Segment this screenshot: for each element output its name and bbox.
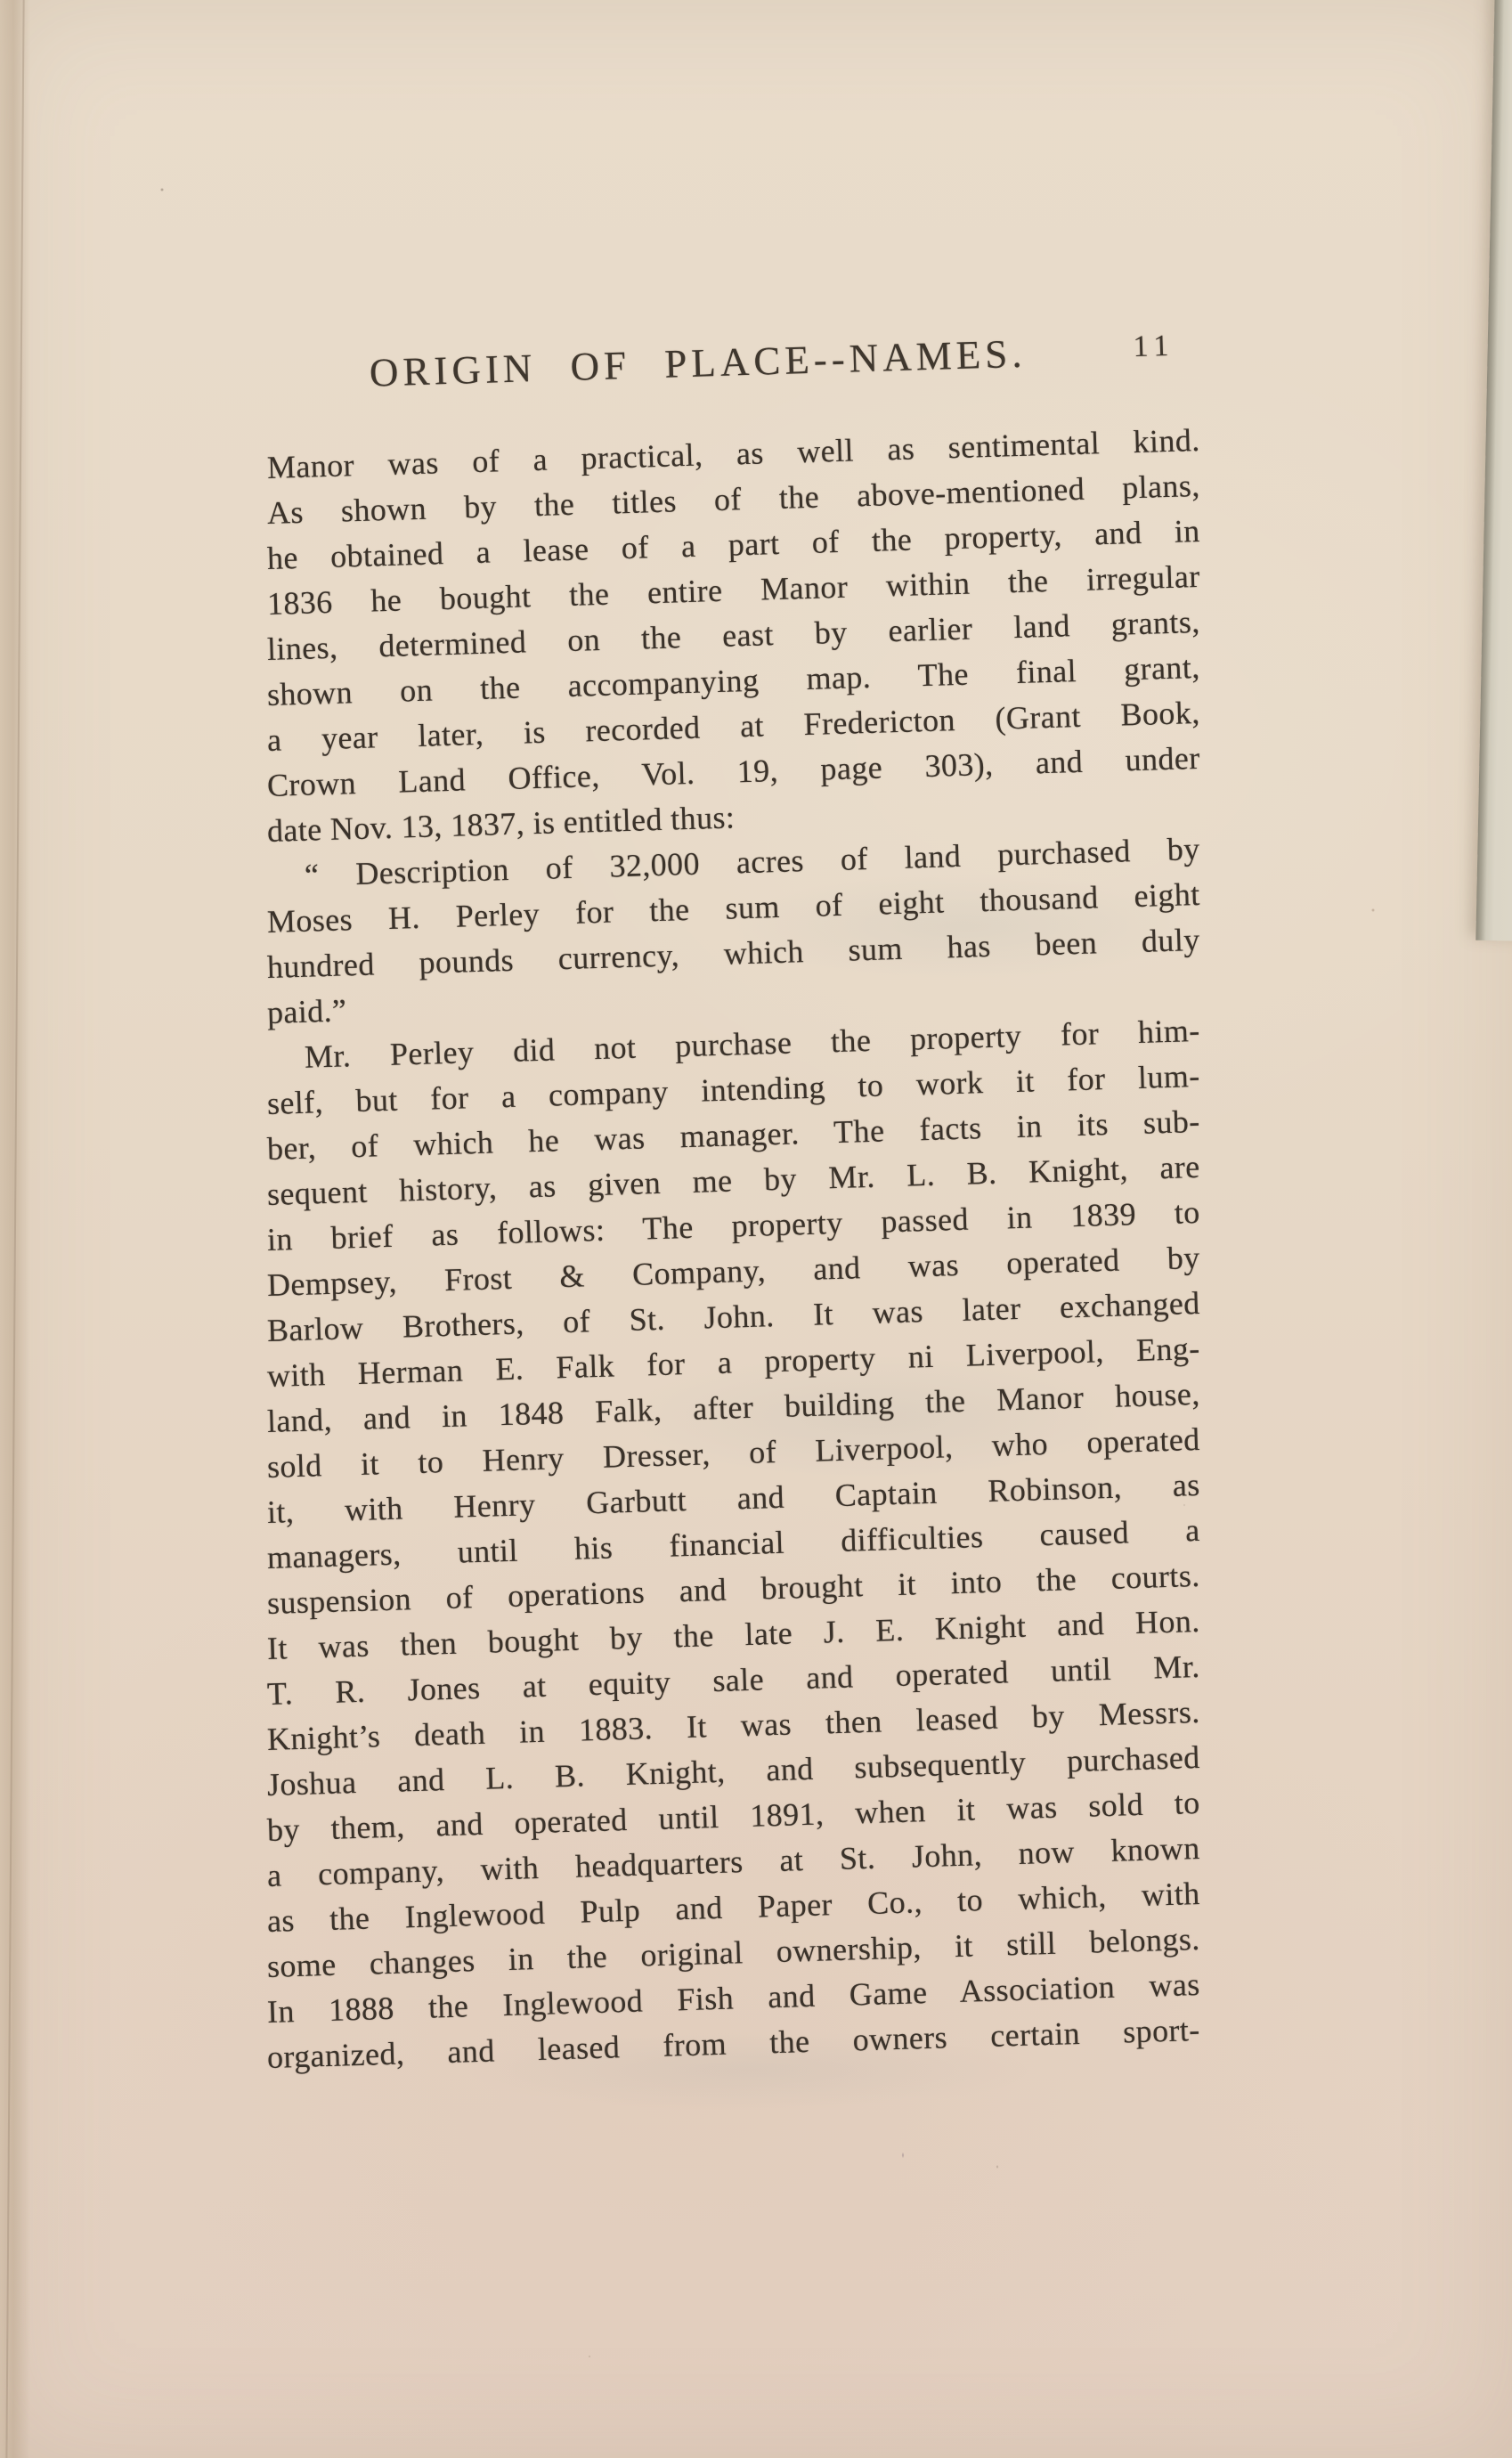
scanned-book-page: ORIGIN OF PLACE--NAMES. 11 Manor was of …: [0, 0, 1512, 2458]
page-number: 11: [1133, 330, 1175, 364]
body-text: Manor was of a practical, as well as sen…: [267, 445, 1200, 2080]
page-text-block: ORIGIN OF PLACE--NAMES. 11 Manor was of …: [267, 353, 1200, 2080]
